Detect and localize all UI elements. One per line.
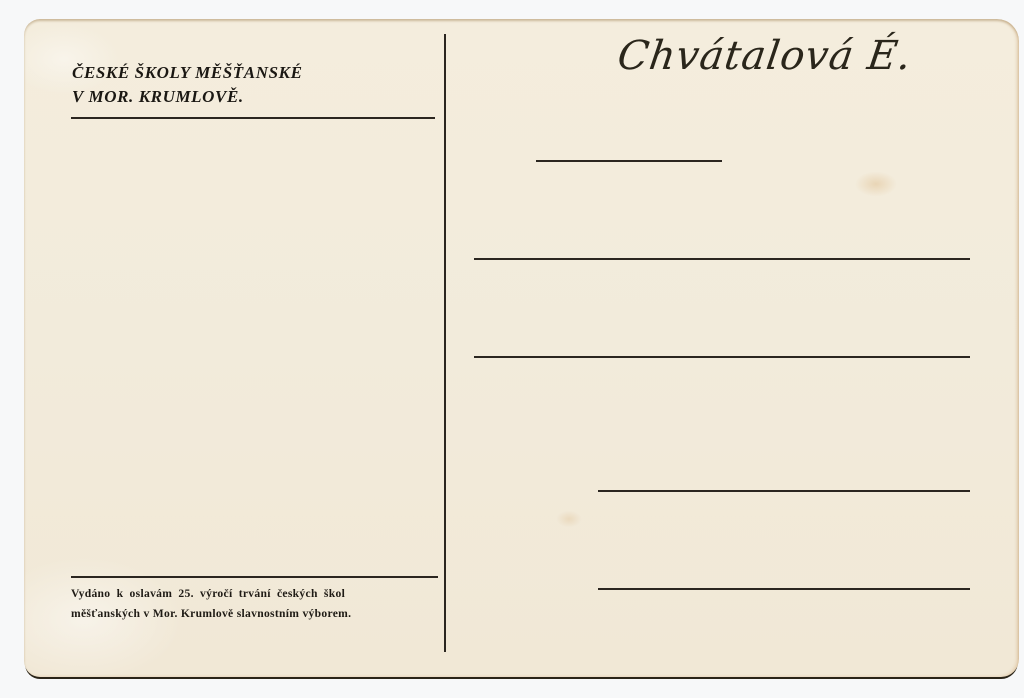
- publisher-header: ČESKÉ ŠKOLY MĚŠŤANSKÉ V MOR. KRUMLOVĚ.: [72, 61, 303, 109]
- address-line-1: [536, 160, 722, 162]
- postcard: ČESKÉ ŠKOLY MĚŠŤANSKÉ V MOR. KRUMLOVĚ. V…: [24, 19, 1019, 677]
- publication-note-line-2: měšťanských v Mor. Krumlově slavnostním …: [71, 604, 437, 624]
- header-line-2: V MOR. KRUMLOVĚ.: [72, 85, 303, 109]
- address-line-2: [474, 258, 970, 260]
- handwritten-name: Chvátalová É.: [615, 33, 915, 79]
- publication-note-line-1: Vydáno k oslavám 25. výročí trvání český…: [71, 584, 437, 604]
- address-line-4: [598, 490, 970, 492]
- address-line-5: [598, 588, 970, 590]
- center-divider: [444, 34, 446, 652]
- footer-rule: [71, 576, 438, 578]
- address-line-3: [474, 356, 970, 358]
- header-line-1: ČESKÉ ŠKOLY MĚŠŤANSKÉ: [72, 61, 303, 85]
- publication-note: Vydáno k oslavám 25. výročí trvání český…: [71, 584, 437, 624]
- header-underline: [71, 117, 435, 119]
